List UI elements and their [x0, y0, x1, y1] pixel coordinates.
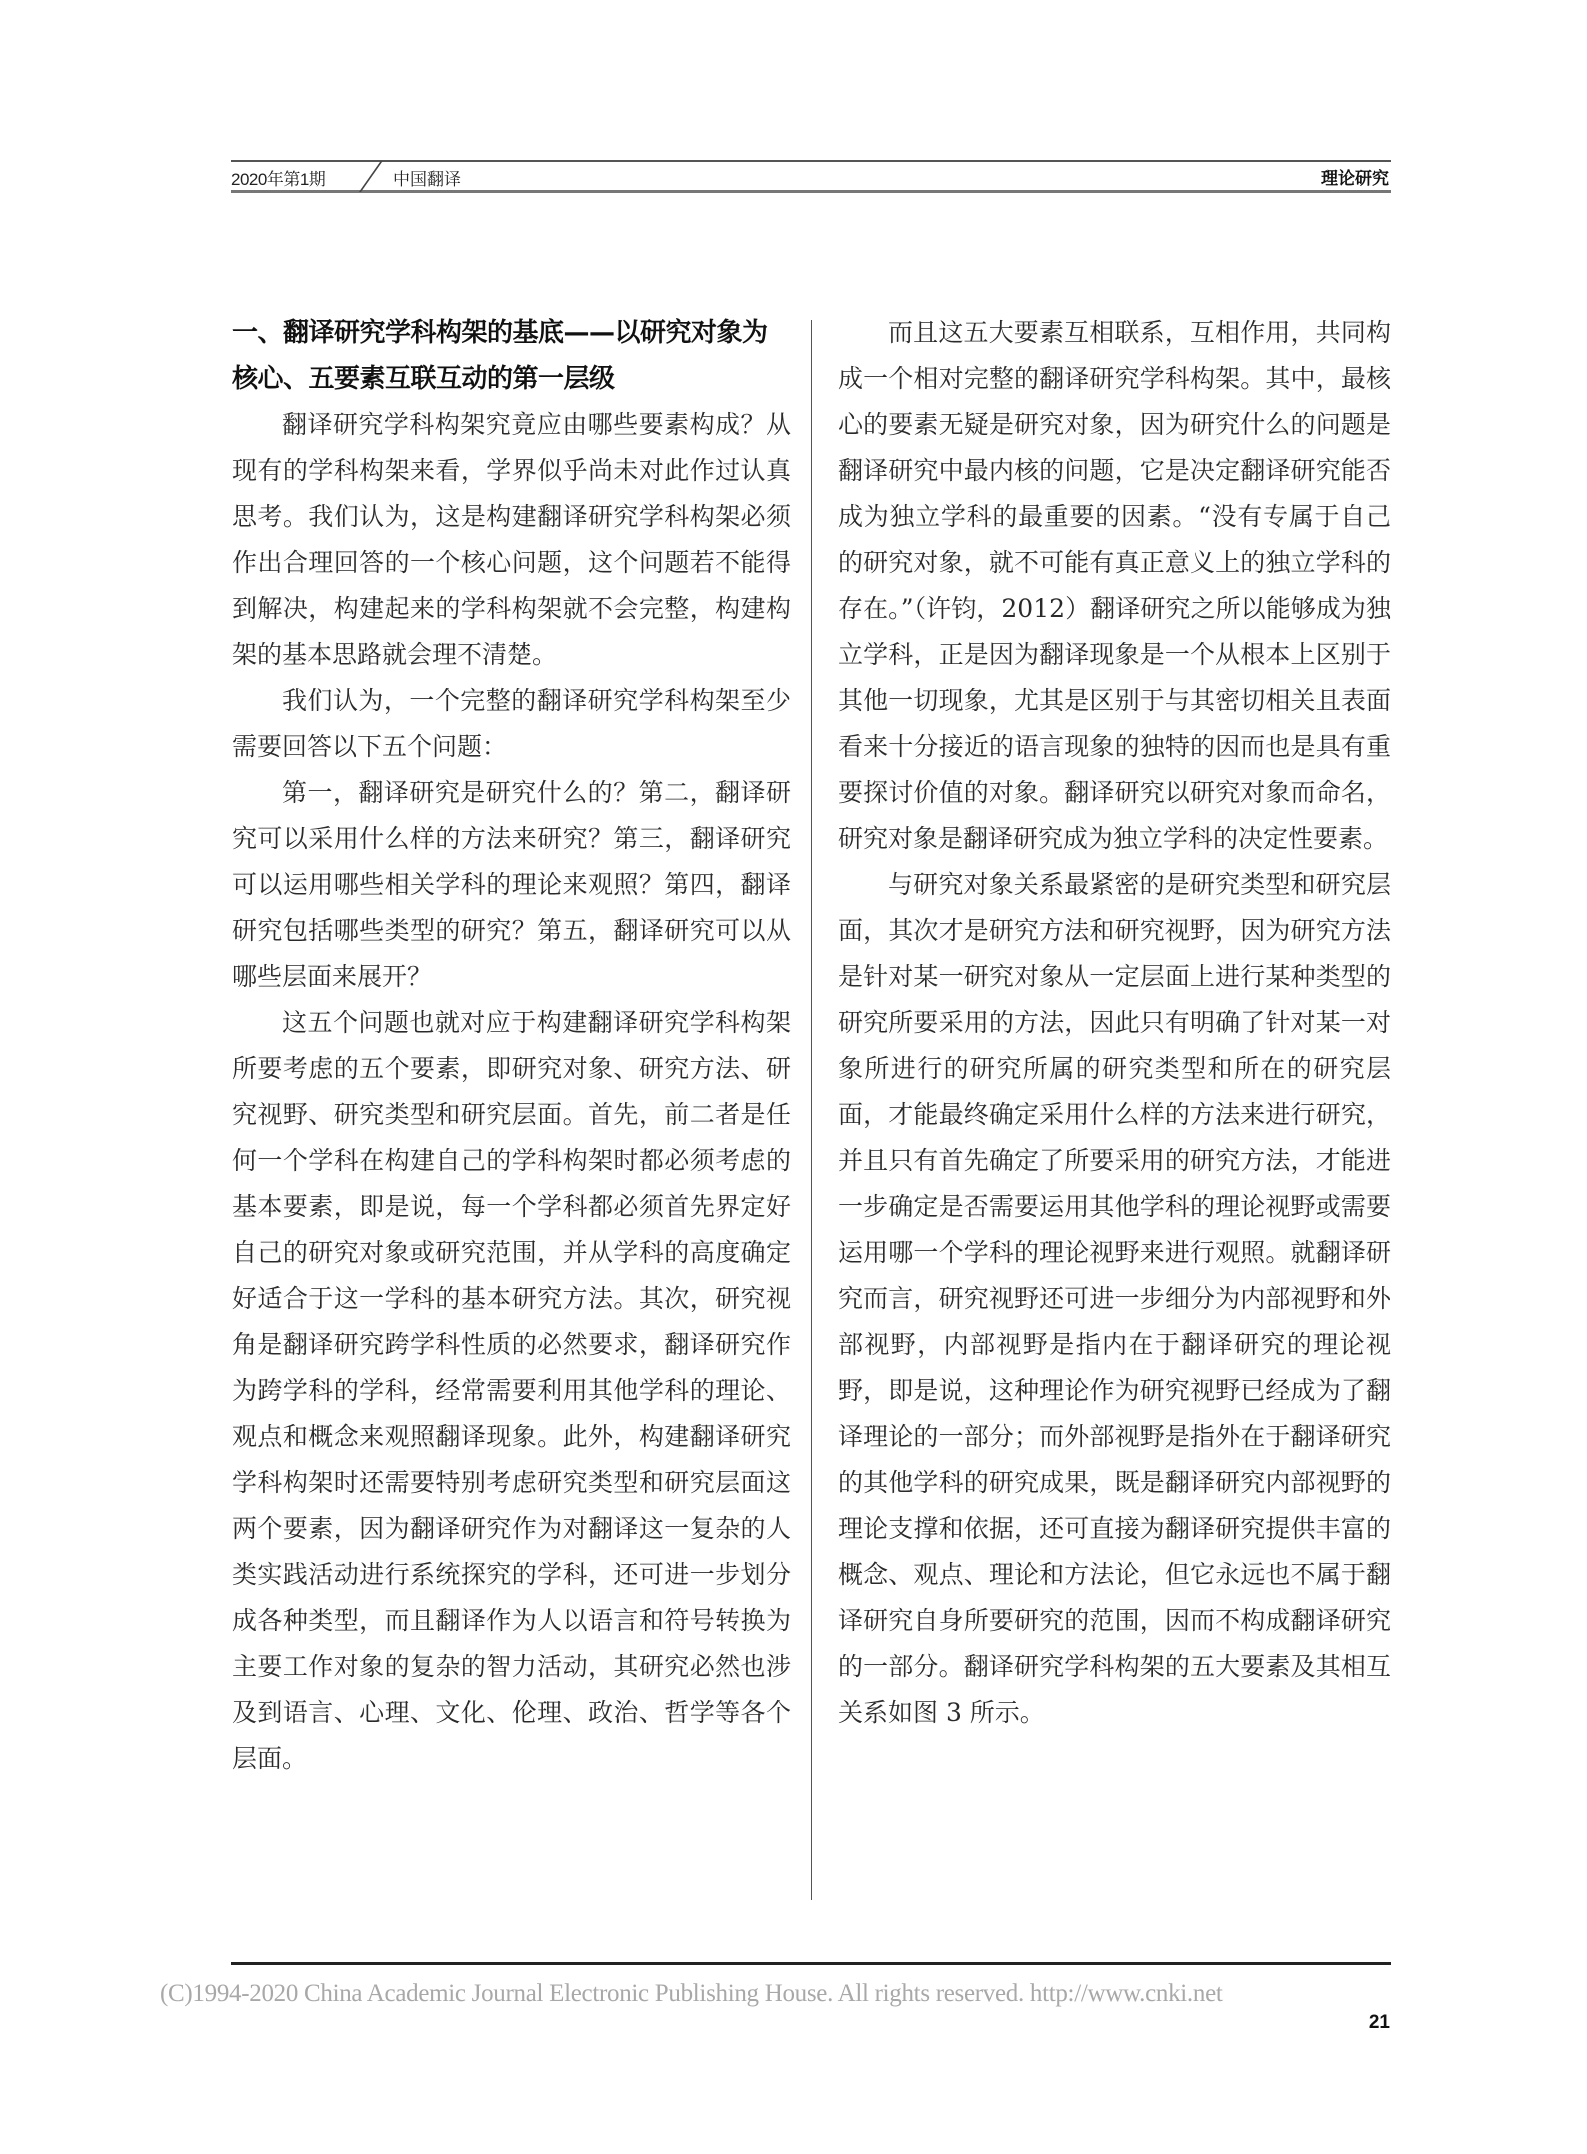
issue-label: 2020年第1期 — [231, 165, 325, 190]
section-heading: 一、翻译研究学科构架的基底——以研究对象为核心、五要素互联互动的第一层级 — [232, 310, 791, 402]
paragraph: 翻译研究学科构架究竟应由哪些要素构成？从现有的学科构架来看，学界似乎尚未对此作过… — [232, 402, 791, 678]
page-number: 21 — [1369, 2012, 1390, 2034]
running-header: 2020年第1期 中国翻译 理论研究 — [231, 160, 1391, 193]
right-column: 而且这五大要素互相联系，互相作用，共同构成一个相对完整的翻译研究学科构架。其中，… — [838, 310, 1391, 1736]
journal-name: 中国翻译 — [393, 165, 461, 190]
left-column: 一、翻译研究学科构架的基底——以研究对象为核心、五要素互联互动的第一层级 翻译研… — [232, 310, 791, 1782]
paragraph: 而且这五大要素互相联系，互相作用，共同构成一个相对完整的翻译研究学科构架。其中，… — [838, 310, 1391, 862]
section-label: 理论研究 — [1321, 164, 1389, 189]
paragraph: 与研究对象关系最紧密的是研究类型和研究层面，其次才是研究方法和研究视野，因为研究… — [838, 862, 1391, 1736]
paragraph: 第一，翻译研究是研究什么的？第二，翻译研究可以采用什么样的方法来研究？第三，翻译… — [232, 770, 791, 1000]
paragraph: 我们认为，一个完整的翻译研究学科构架至少需要回答以下五个问题： — [232, 678, 791, 770]
copyright-notice: (C)1994-2020 China Academic Journal Elec… — [160, 1980, 1420, 2008]
footer-rule — [231, 1962, 1391, 1965]
column-divider — [811, 320, 812, 1900]
header-slash-divider — [359, 161, 383, 192]
paragraph: 这五个问题也就对应于构建翻译研究学科构架所要考虑的五个要素，即研究对象、研究方法… — [232, 1000, 791, 1782]
